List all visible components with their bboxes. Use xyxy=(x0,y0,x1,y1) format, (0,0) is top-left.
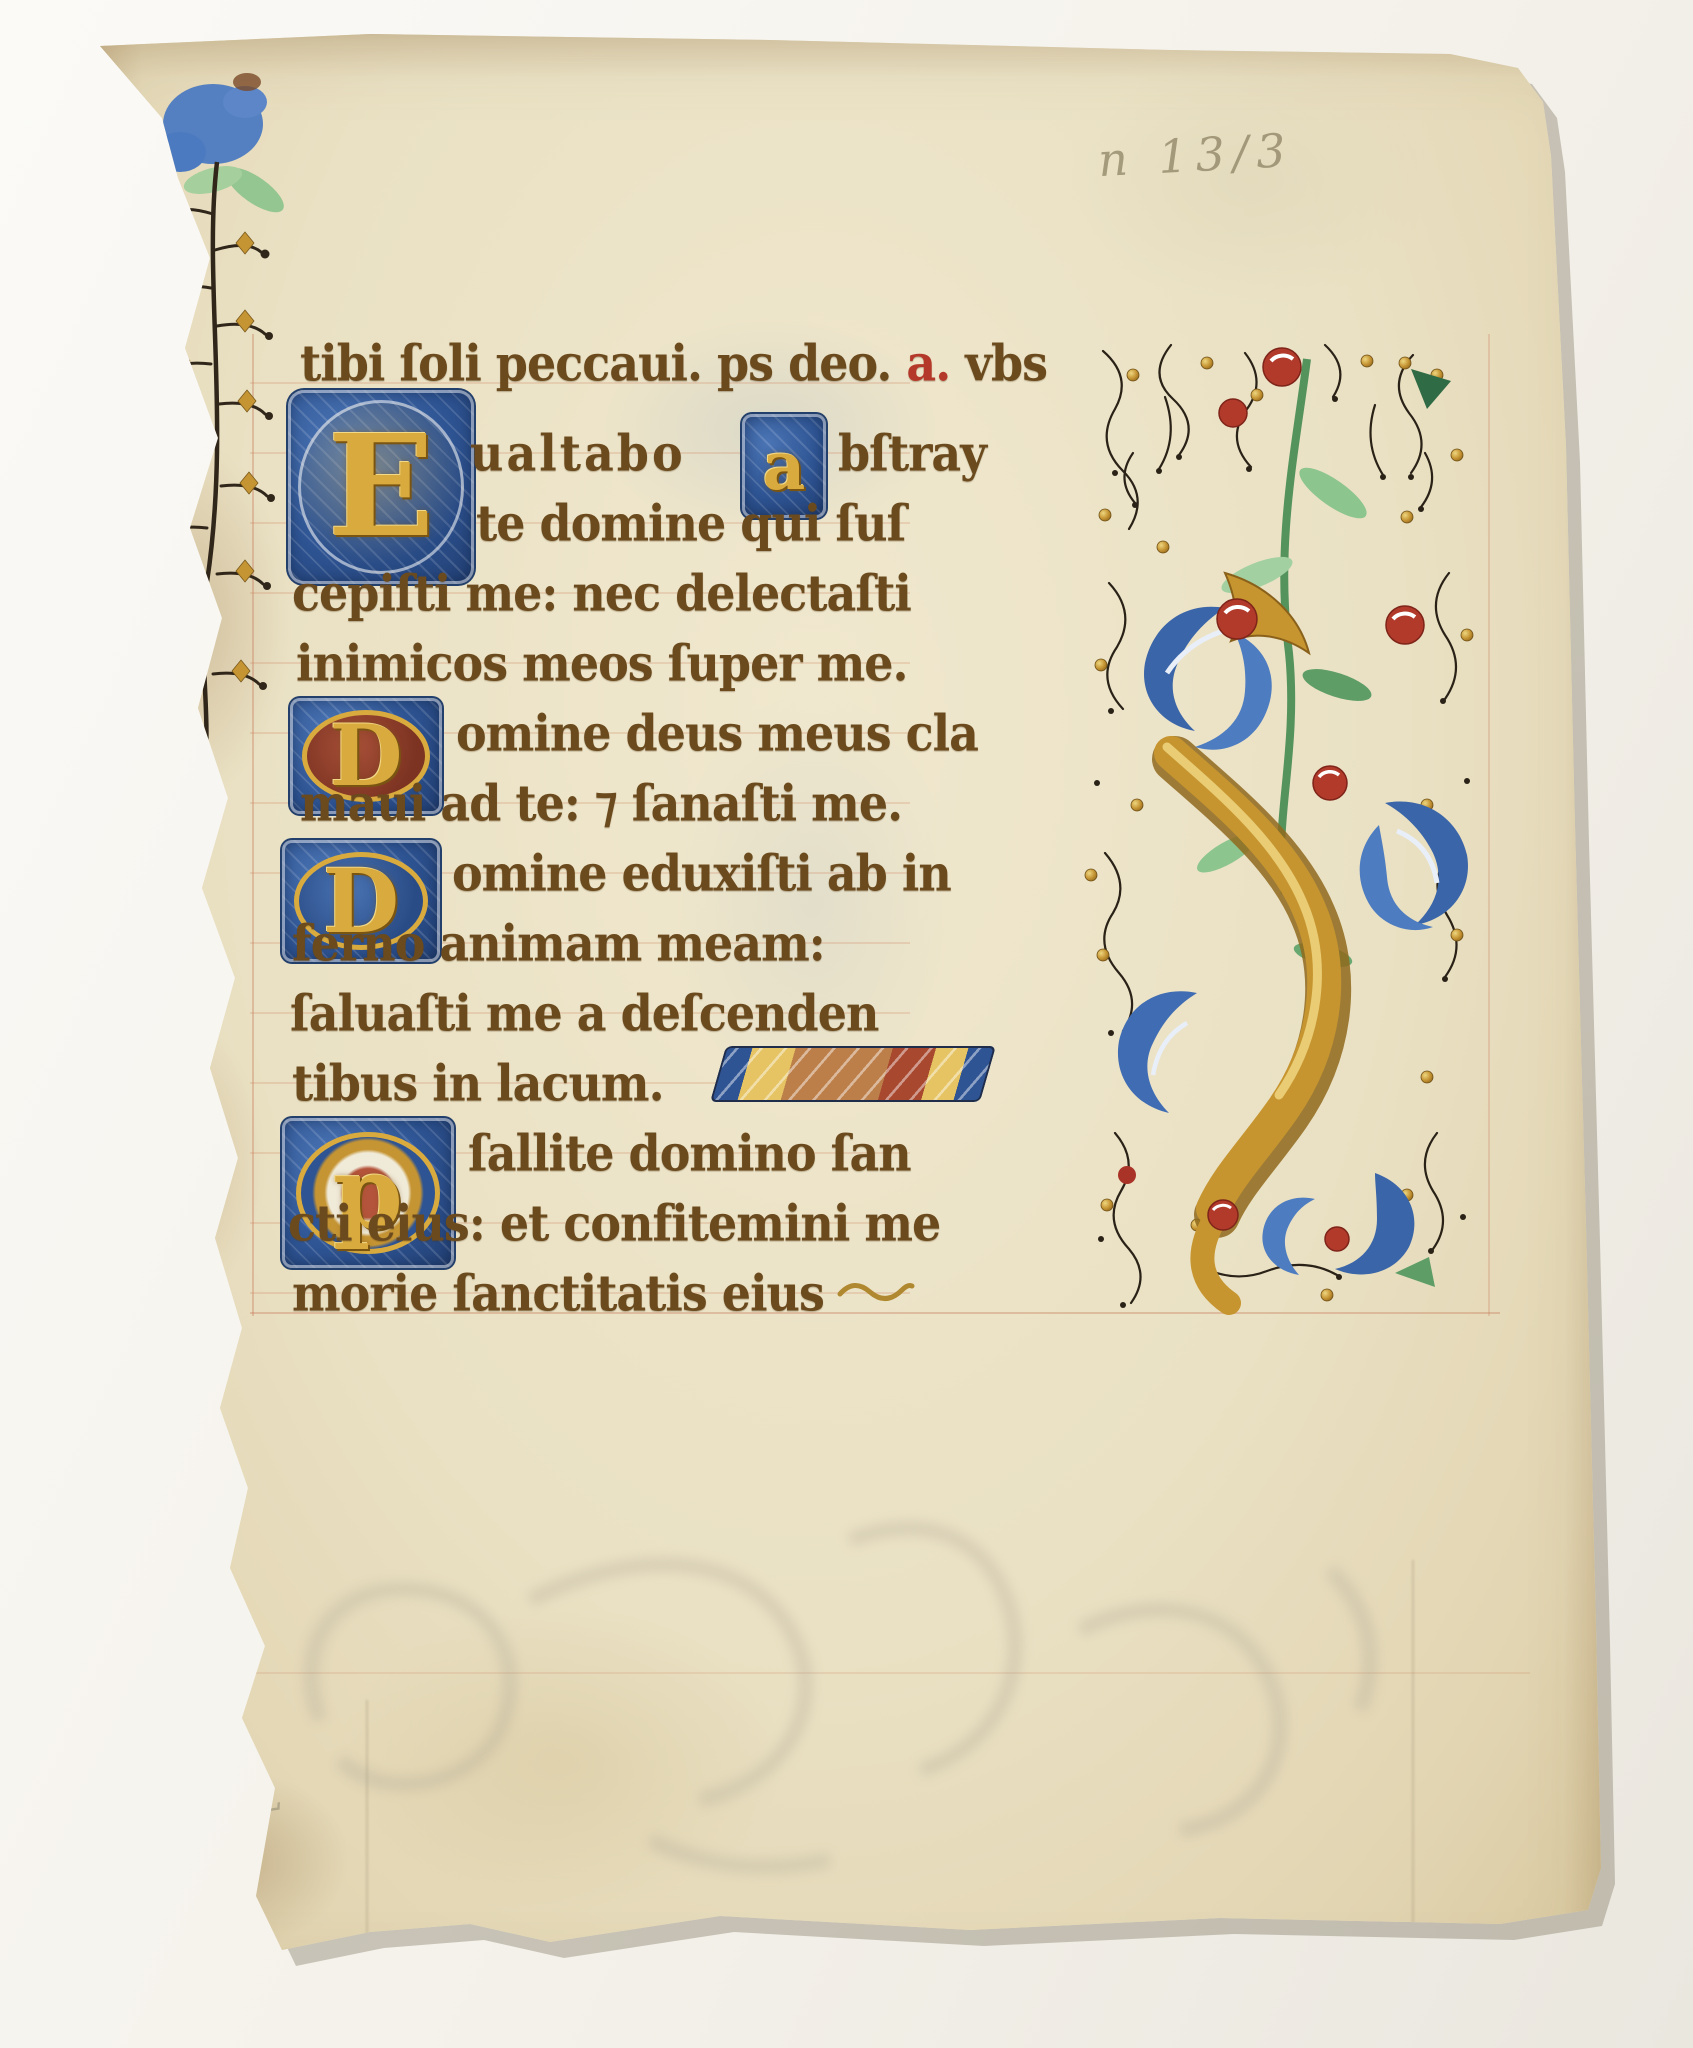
text-line-1: tibi ſoli peccaui. ps deo. a. vbs xyxy=(300,334,1047,392)
text-line-11: tibus in lacum. xyxy=(292,1054,664,1112)
text-line-10: ſaluaſti me a deſcenden xyxy=(290,984,878,1042)
text-line-5: inimicos meos ſuper me. xyxy=(296,634,908,692)
line1-pre: tibi ſoli peccaui. ps deo. xyxy=(300,334,906,392)
text-line-7: maui ad te: ⁊ ſanaſti me. xyxy=(300,774,902,832)
ruling-right-vertical xyxy=(1488,334,1490,1316)
photo-background: n 13/3 L xyxy=(0,0,1693,2048)
pencil-inscription: n 13/3 xyxy=(1097,123,1295,187)
rubric-antiphon-mark: a. xyxy=(906,334,950,392)
right-floral-border xyxy=(1075,333,1485,1318)
text-line-12: ſallite domino ſan xyxy=(468,1124,911,1182)
vellum-leaf: n 13/3 L xyxy=(70,26,1622,2006)
green-leaf-icon xyxy=(1411,369,1451,409)
text-line-13: cti eius: et confitemini me xyxy=(288,1194,940,1252)
red-berry-icon xyxy=(141,750,165,774)
line-filler-bar xyxy=(710,1046,996,1102)
text-line-3: te domine qui ſuſ xyxy=(476,494,905,552)
text-line-14: morie ſanctitatis eius xyxy=(292,1264,824,1322)
line1-post: vbs xyxy=(950,334,1047,392)
large-initial-E: E xyxy=(288,390,474,584)
text-line-8: omine eduxiſti ab in xyxy=(452,844,951,902)
text-line-2: ualtabo xyxy=(470,424,686,482)
line-end-flourish xyxy=(836,1272,916,1308)
offset-ghost-marks xyxy=(230,1420,1480,1940)
text-line-6: omine deus meus cla xyxy=(456,704,978,762)
text-line-9: ferno animam meam: xyxy=(292,914,825,972)
text-line-4: cepiſti me: nec delectaſti xyxy=(292,564,911,622)
text-line-2b: bſtray xyxy=(838,424,986,482)
